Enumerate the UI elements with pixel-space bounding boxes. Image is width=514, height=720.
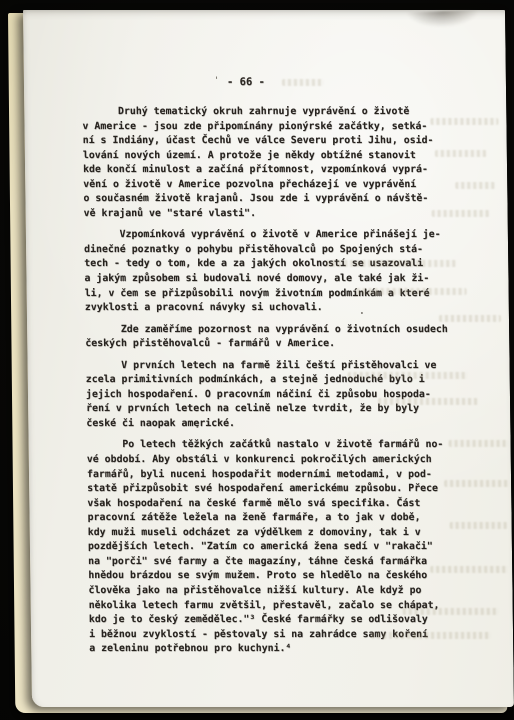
text-line: na "porči" své farmy a čte magazíny, táh… <box>88 555 450 570</box>
text-line: českých přistěhovalců - farmářů v Americ… <box>85 337 447 352</box>
paragraph: Vzpomínková vyprávění o životě v Americe… <box>84 228 447 315</box>
text-line: kdy muži museli odcházet za výdělkem z d… <box>88 526 450 541</box>
bleedthrough-smudge <box>371 632 491 639</box>
text-line: pozdějších letech. "Zatím co americká že… <box>88 540 450 555</box>
text-line: a jakým způsobem si budovali nové domovy… <box>84 272 446 287</box>
text-line: a zeleninu potřebnou pro kuchyni.⁴ <box>89 642 451 657</box>
page-fold-shadow <box>407 10 480 29</box>
page-number: - 66 - <box>74 76 418 88</box>
ink-speck <box>196 426 198 428</box>
text-line: vé období. Aby obstáli v konkurenci pokr… <box>87 453 449 468</box>
bleedthrough-smudge <box>450 522 508 529</box>
paragraph: Zde zaměříme pozornost na vyprávění o ži… <box>85 323 447 352</box>
bleedthrough-smudge <box>430 566 508 573</box>
text-line: dinečné poznatky o pohybu přistěhovalců … <box>84 243 446 258</box>
text-line: Vzpomínková vyprávění o životě v Americe… <box>84 228 446 243</box>
bleedthrough-smudge <box>455 182 495 189</box>
text-line: farmářů, byli nuceni hospodařit moderním… <box>87 468 449 483</box>
bleedthrough-smudge <box>378 398 478 405</box>
text-line: však hospodaření na české farmě mělo svá… <box>87 497 449 512</box>
text-line: několika letech farmu zvětšil, přestavěl… <box>89 599 451 614</box>
bleedthrough-smudge <box>432 210 490 217</box>
document-body: Druhý tematický okruh zahrnuje vyprávění… <box>82 105 451 664</box>
text-line: české či naopak americké. <box>86 417 448 432</box>
text-line: hnědou brázdou se svým mužem. Proto se h… <box>88 569 450 584</box>
text-line: vění o životě v Americe pozvolna přecház… <box>83 178 445 193</box>
paragraph: Po letech těžkých začátků nastalo v živo… <box>87 438 452 656</box>
text-line: pracovní zátěže ležela na ženě farmáře, … <box>87 511 449 526</box>
text-line: v Americe - jsou zde připomínány pionýrs… <box>82 120 444 135</box>
text-line: člověka jako na přistěhovalce nižší kult… <box>88 584 450 599</box>
text-line: statě přizpůsobit své hospodaření americ… <box>87 482 449 497</box>
bleedthrough-smudge <box>403 608 499 615</box>
text-line: vě krajanů ve "staré vlasti". <box>84 207 446 222</box>
text-line: kde končí minulost a začíná přítomnost, … <box>83 163 445 178</box>
text-line: kdo je to český zemědělec."³ České farmá… <box>89 613 451 628</box>
bleedthrough-smudge <box>348 372 468 379</box>
bleedthrough-smudge <box>444 480 509 487</box>
scan-background: ' - 66 - Druhý tematický okruh zahrnuje … <box>0 0 514 720</box>
bleedthrough-smudge <box>435 150 487 157</box>
bleedthrough-smudge <box>430 118 498 125</box>
text-line: Po letech těžkých začátků nastalo v živo… <box>87 438 449 453</box>
ink-speck <box>361 312 363 314</box>
text-line: Druhý tematický okruh zahrnuje vyprávění… <box>82 105 444 120</box>
bleedthrough-smudge <box>357 288 467 295</box>
bleedthrough-smudge <box>449 440 509 447</box>
text-line: ní s Indiány, účast Čechů ve válce Sever… <box>83 134 445 149</box>
paragraph: Druhý tematický okruh zahrnuje vyprávění… <box>82 105 446 221</box>
bleedthrough-smudge <box>326 260 456 267</box>
text-line: o současném životě krajanů. Jsou zde i v… <box>83 192 445 207</box>
text-line: zvyklosti a pracovní návyky si uchovali. <box>85 301 447 316</box>
bleedthrough-smudge <box>439 315 501 322</box>
text-line: lování nových území. A protože je někdy … <box>83 149 445 164</box>
bleedthrough-smudge <box>282 79 324 86</box>
paragraph: V prvních letech na farmě žili čeští při… <box>86 359 449 432</box>
text-line: Zde zaměříme pozornost na vyprávění o ži… <box>85 323 447 338</box>
document-page: ' - 66 - Druhý tematický okruh zahrnuje … <box>23 10 514 707</box>
